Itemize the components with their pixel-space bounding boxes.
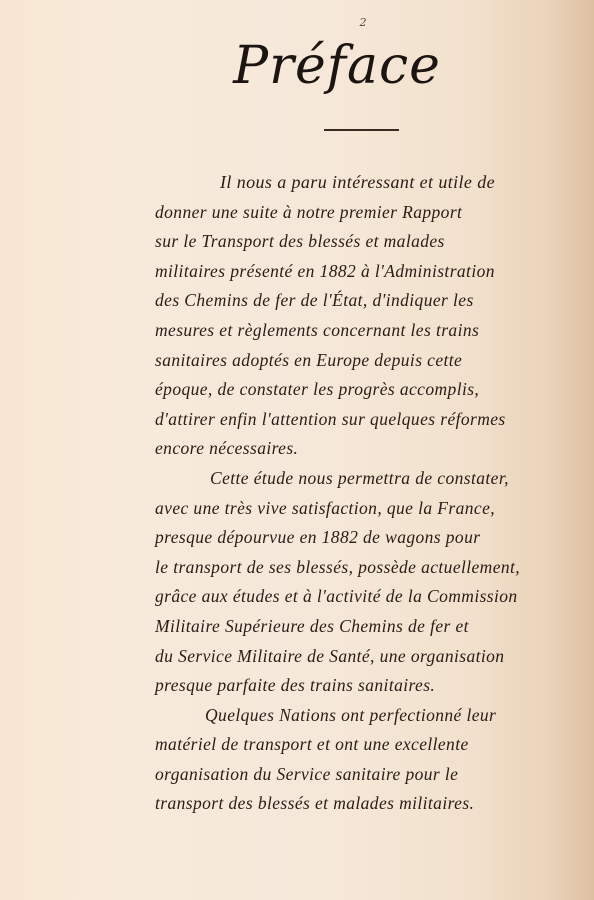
text-line: avec une très vive satisfaction, que la …: [155, 494, 575, 524]
page-number: 2: [66, 16, 594, 29]
text-line: encore nécessaires.: [155, 434, 575, 464]
text-line: Cette étude nous permettra de constater,: [155, 464, 575, 494]
text-line: le transport de ses blessés, possède act…: [155, 553, 575, 583]
paragraph-1: Il nous a paru intéressant et utile de d…: [155, 168, 575, 464]
text-line: mesures et règlements concernant les tra…: [155, 316, 575, 346]
text-line: Quelques Nations ont perfectionné leur: [155, 701, 575, 731]
text-line: d'attirer enfin l'attention sur quelques…: [155, 405, 575, 435]
text-line: sanitaires adoptés en Europe depuis cett…: [155, 346, 575, 376]
text-line: Il nous a paru intéressant et utile de: [155, 168, 575, 198]
paragraph-2: Cette étude nous permettra de constater,…: [155, 464, 575, 701]
text-line: transport des blessés et malades militai…: [155, 789, 575, 819]
text-line: presque parfaite des trains sanitaires.: [155, 671, 575, 701]
text-line: organisation du Service sanitaire pour l…: [155, 760, 575, 790]
text-line: époque, de constater les progrès accompl…: [155, 375, 575, 405]
text-line: matériel de transport et ont une excelle…: [155, 730, 575, 760]
text-line: sur le Transport des blessés et malades: [155, 227, 575, 257]
manuscript-page: 2 Préface Il nous a paru intéressant et …: [0, 0, 594, 900]
text-line: presque dépourvue en 1882 de wagons pour: [155, 523, 575, 553]
text-line: des Chemins de fer de l'État, d'indiquer…: [155, 286, 575, 316]
preface-body: Il nous a paru intéressant et utile de d…: [155, 168, 575, 819]
text-line: du Service Militaire de Santé, une organ…: [155, 642, 575, 672]
text-line: grâce aux études et à l'activité de la C…: [155, 582, 575, 612]
paragraph-3: Quelques Nations ont perfectionné leur m…: [155, 701, 575, 819]
text-line: donner une suite à notre premier Rapport: [155, 198, 575, 228]
title-underline: [324, 129, 399, 131]
page-title: Préface: [40, 36, 594, 96]
text-line: Militaire Supérieure des Chemins de fer …: [155, 612, 575, 642]
text-line: militaires présenté en 1882 à l'Administ…: [155, 257, 575, 287]
